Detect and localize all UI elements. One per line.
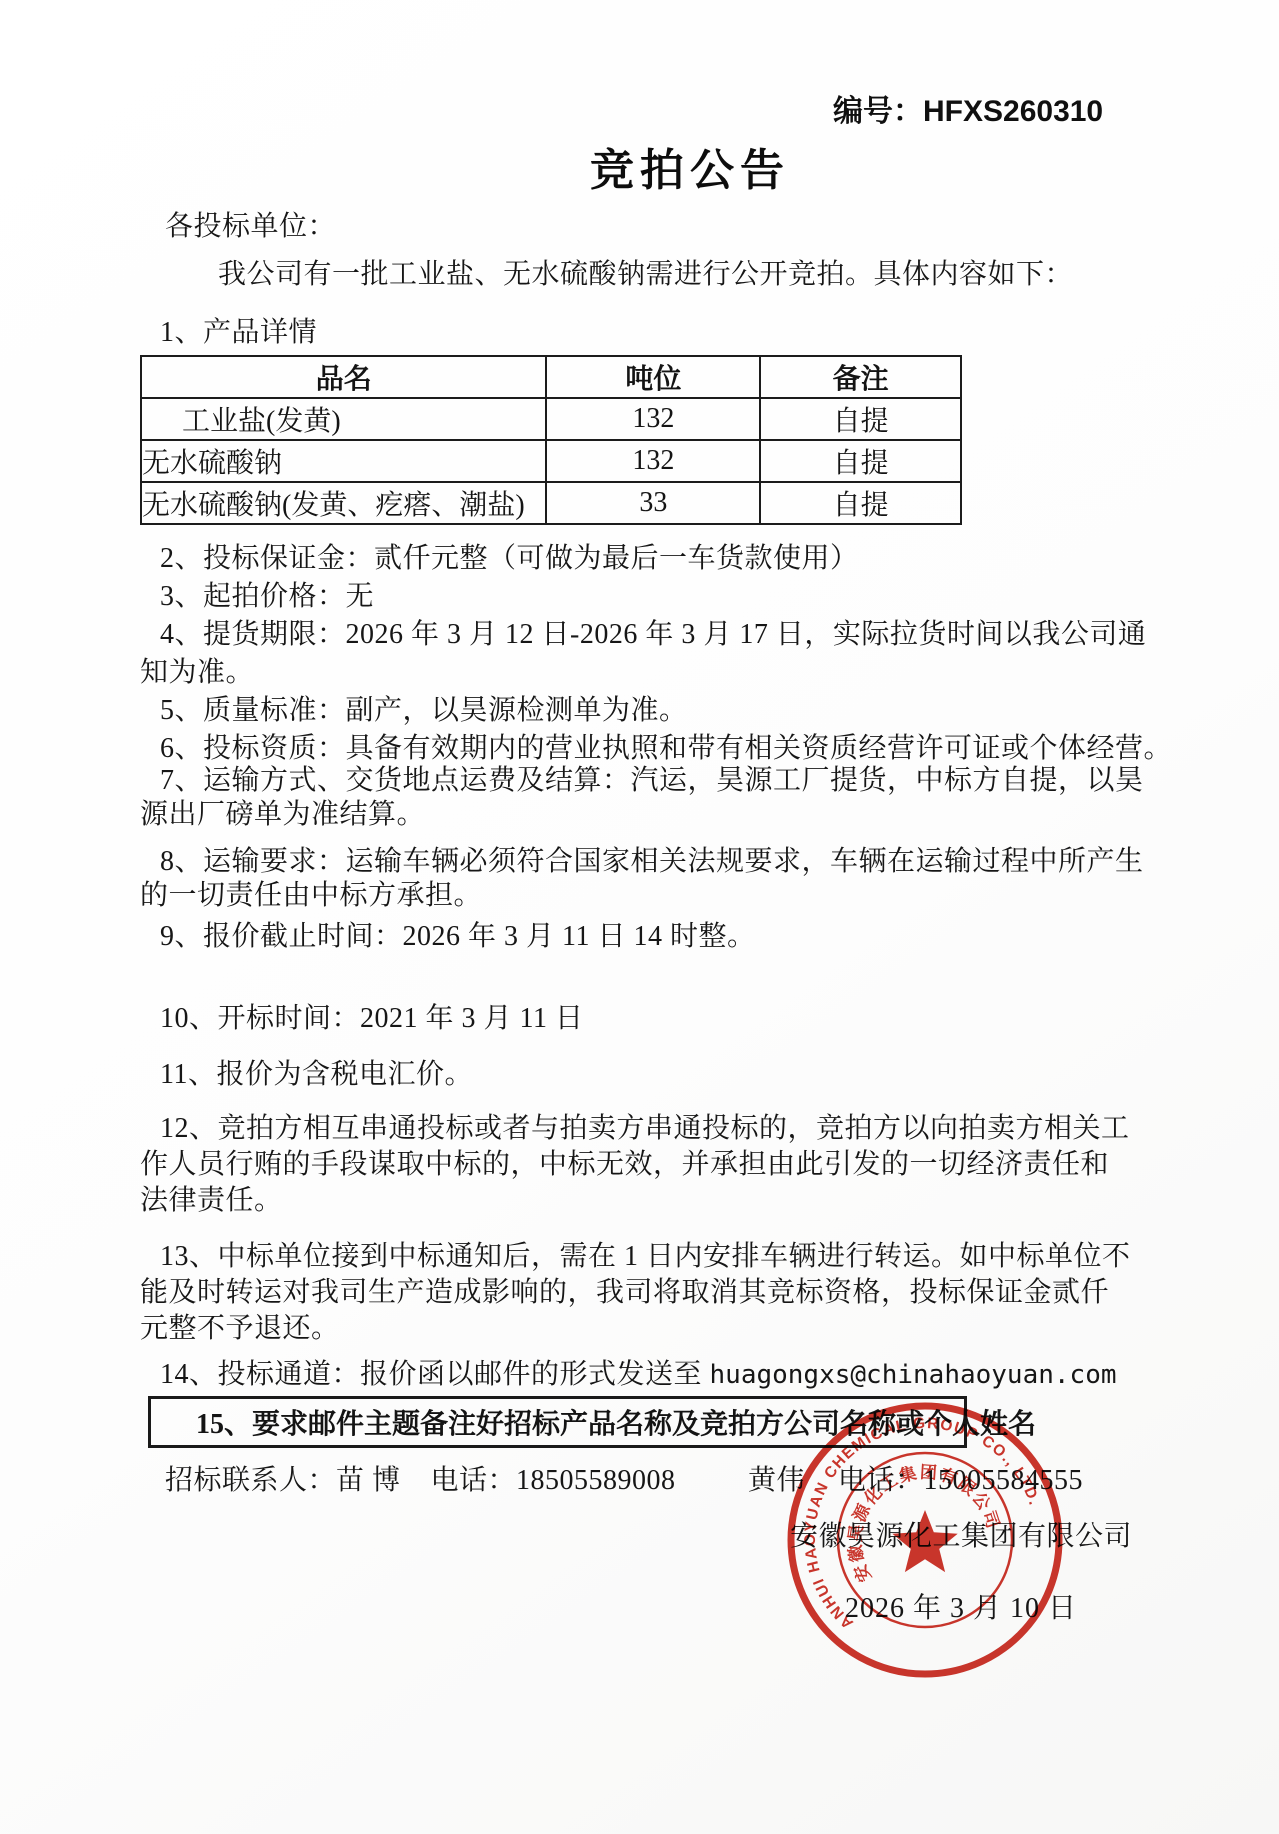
item-13-winner-duty-line2: 能及时转运对我司生产造成影响的，我司将取消其竞标资格，投标保证金贰仟 — [140, 1276, 1109, 1310]
header-tonnage: 吨位 — [546, 356, 760, 398]
header-product-name: 品名 — [141, 356, 546, 398]
cell-tonnage: 132 — [546, 398, 760, 440]
document-page: 编号：HFXS260310 竞拍公告 各投标单位： 我公司有一批工业盐、无水硫酸… — [0, 0, 1279, 1834]
doc-number: 编号：HFXS260310 — [833, 86, 1103, 130]
bid-email-address: huagongxs@chinahaoyuan.com — [710, 1360, 1117, 1390]
item-5-quality-standard: 5、质量标准：副产，以昊源检测单为准。 — [140, 694, 688, 728]
contact-left-phone: 18505589008 — [516, 1465, 676, 1496]
item-7-transport-line2: 源出厂磅单为准结算。 — [140, 798, 425, 832]
contact-right-name: 黄伟 — [748, 1464, 805, 1498]
cell-remark: 自提 — [760, 440, 961, 482]
item-4-pickup-period-line2: 知为准。 — [140, 656, 254, 690]
item-13-winner-duty-line1: 13、中标单位接到中标通知后，需在 1 日内安排车辆进行转运。如中标单位不 — [140, 1240, 1131, 1274]
item-3-start-price: 3、起拍价格：无 — [140, 580, 374, 614]
item-2-deposit: 2、投标保证金：贰仟元整（可做为最后一车货款使用） — [140, 542, 859, 576]
cell-tonnage: 33 — [546, 482, 760, 524]
contact-right-phone-number: 15005584555 — [924, 1465, 1084, 1496]
item-8-transport-requirement-line1: 8、运输要求：运输车辆必须符合国家相关法规要求，车辆在运输过程中所产生 — [140, 845, 1144, 879]
item-9-quote-deadline: 9、报价截止时间：2026 年 3 月 11 日 14 时整。 — [140, 920, 755, 954]
cell-tonnage: 132 — [546, 440, 760, 482]
item-11-price-terms: 11、报价为含税电汇价。 — [140, 1058, 473, 1092]
contact-left-phone-label: 电话： — [431, 1465, 517, 1496]
doc-number-label: 编号： — [833, 95, 923, 128]
item-10-opening-time: 10、开标时间：2021 年 3 月 11 日 — [140, 1002, 583, 1036]
salutation: 各投标单位： — [140, 210, 336, 244]
item-7-transport-line1: 7、运输方式、交货地点运费及结算：汽运，昊源工厂提货，中标方自提，以昊 — [140, 764, 1144, 798]
item-14-label: 14、投标通道：报价函以邮件的形式发送至 — [160, 1359, 710, 1390]
item-4-pickup-period-line1: 4、提货期限：2026 年 3 月 12 日-2026 年 3 月 17 日，实… — [140, 618, 1146, 652]
table-header-row: 品名 吨位 备注 — [141, 356, 961, 398]
item-13-winner-duty-line3: 元整不予退还。 — [140, 1312, 340, 1346]
item-6-bidder-qualification: 6、投标资质：具备有效期内的营业执照和带有相关资质经营许可证或个体经营。 — [140, 732, 1172, 766]
item-15-subject-requirement-box: 15、要求邮件主题备注好招标产品名称及竞拍方公司名称或个人姓名 — [148, 1396, 967, 1448]
page-title: 竞拍公告 — [140, 134, 1240, 198]
intro-paragraph: 我公司有一批工业盐、无水硫酸钠需进行公开竞拍。具体内容如下： — [140, 258, 1073, 292]
doc-number-value: HFXS260310 — [923, 95, 1103, 128]
item-8-transport-requirement-line2: 的一切责任由中标方承担。 — [140, 879, 482, 913]
cell-remark: 自提 — [760, 482, 961, 524]
company-name: 安徽昊源化工集团有限公司 — [790, 1520, 1132, 1554]
contact-left: 招标联系人：苗 博电话：18505589008 — [140, 1464, 676, 1498]
cell-product-name: 无水硫酸钠(发黄、疙瘩、潮盐) — [141, 482, 546, 524]
table-row: 工业盐(发黄) 132 自提 — [141, 398, 961, 440]
cell-product-name: 工业盐(发黄) — [141, 398, 546, 440]
item-12-collusion-line1: 12、竞拍方相互串通投标或者与拍卖方串通投标的，竞拍方以向拍卖方相关工 — [140, 1112, 1130, 1146]
cell-remark: 自提 — [760, 398, 961, 440]
contact-left-name: 招标联系人：苗 博 — [165, 1465, 401, 1496]
document-date: 2026 年 3 月 10 日 — [845, 1592, 1077, 1626]
product-table: 品名 吨位 备注 工业盐(发黄) 132 自提 无水硫酸钠 132 自提 无水硫… — [140, 355, 962, 525]
header-remark: 备注 — [760, 356, 961, 398]
item-1-product-details: 1、产品详情 — [140, 316, 317, 350]
item-12-collusion-line2: 作人员行贿的手段谋取中标的，中标无效，并承担由此引发的一切经济责任和 — [140, 1148, 1109, 1182]
table-row: 无水硫酸钠 132 自提 — [141, 440, 961, 482]
cell-product-name: 无水硫酸钠 — [141, 440, 546, 482]
item-12-collusion-line3: 法律责任。 — [140, 1184, 283, 1218]
contact-right-phone: 电话：15005584555 — [838, 1464, 1083, 1498]
table-row: 无水硫酸钠(发黄、疙瘩、潮盐) 33 自提 — [141, 482, 961, 524]
item-14-bid-channel: 14、投标通道：报价函以邮件的形式发送至 huagongxs@chinahaoy… — [140, 1358, 1117, 1392]
item-15-text: 15、要求邮件主题备注好招标产品名称及竞拍方公司名称或个人姓名 — [196, 1402, 1036, 1442]
contact-right-phone-label: 电话： — [838, 1465, 924, 1496]
